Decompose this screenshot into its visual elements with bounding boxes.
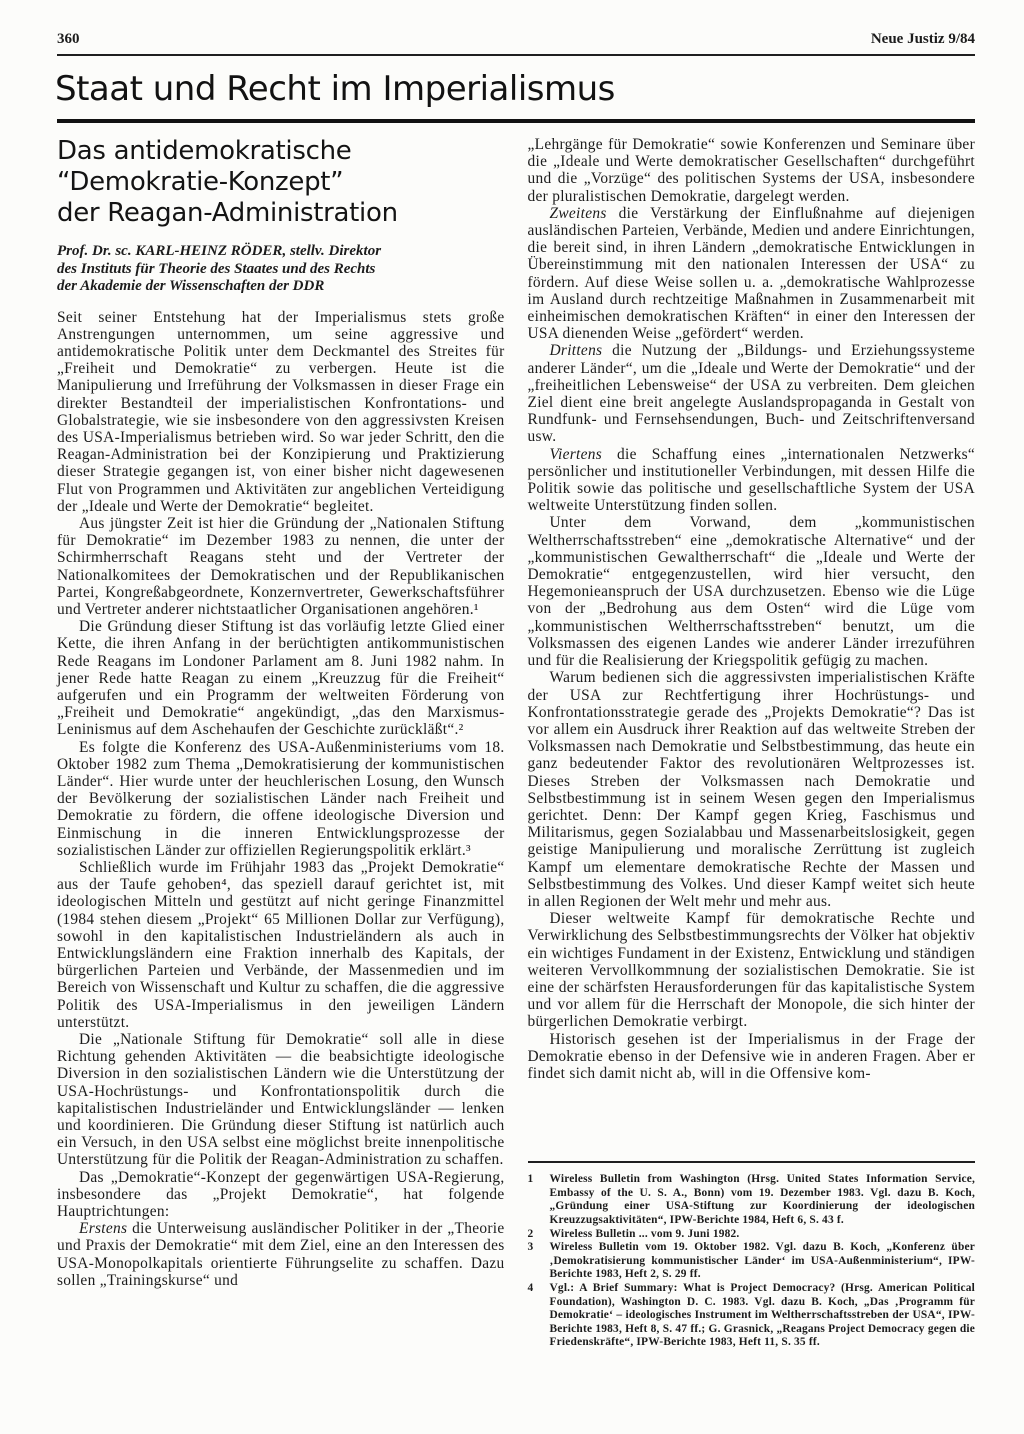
- footnote-list: 1Wireless Bulletin from Washington (Hrsg…: [528, 1173, 976, 1350]
- article-title-line: der Reagan-Administration: [57, 198, 505, 229]
- section-title-rule: [57, 119, 975, 123]
- footnote: 1Wireless Bulletin from Washington (Hrsg…: [528, 1173, 976, 1227]
- body-paragraph: Aus jüngster Zeit ist hier die Gründung …: [57, 515, 505, 618]
- article-title-line: Das antidemokratische: [57, 136, 505, 167]
- body-paragraph: Das „Demokratie“-Konzept der gegenwärtig…: [57, 1169, 505, 1221]
- body-paragraph: Seit seiner Entstehung hat der Imperiali…: [57, 309, 505, 515]
- article-title: Das antidemokratische “Demokratie-Konzep…: [57, 136, 505, 229]
- page-number: 360: [57, 30, 80, 48]
- body-paragraph: Schließlich wurde im Frühjahr 1983 das „…: [57, 859, 505, 1031]
- body-paragraph: Viertens die Schaffung eines „internatio…: [528, 446, 976, 515]
- body-paragraph: Erstens die Unterweisung ausländischer P…: [57, 1220, 505, 1289]
- page-header: 360 Neue Justiz 9/84: [57, 30, 975, 48]
- section-title: Staat und Recht im Imperialismus: [55, 69, 975, 109]
- article-author: Prof. Dr. sc. KARL-HEINZ RÖDER, stellv. …: [57, 243, 505, 296]
- body-paragraph: Unter dem Vorwand, dem „kommunistischen …: [528, 514, 976, 669]
- left-column: Das antidemokratische “Demokratie-Konzep…: [57, 134, 505, 1356]
- footnote: 2Wireless Bulletin ... vom 9. Juni 1982.: [528, 1228, 976, 1242]
- body-paragraph: Die Gründung dieser Stiftung ist das vor…: [57, 618, 505, 738]
- body-paragraph: Drittens die Nutzung der „Bildungs- und …: [528, 342, 976, 445]
- two-column-body: Das antidemokratische “Demokratie-Konzep…: [57, 134, 975, 1356]
- journal-title: Neue Justiz 9/84: [871, 30, 975, 48]
- paragraph-lead-italic: Drittens: [550, 342, 603, 359]
- header-rule: [57, 54, 975, 56]
- author-line: des Instituts für Theorie des Staates un…: [57, 261, 505, 279]
- journal-page: 360 Neue Justiz 9/84 Staat und Recht im …: [0, 0, 1024, 1434]
- footnote: 3Wireless Bulletin vom 19. Oktober 1982.…: [528, 1241, 976, 1282]
- right-column-text: „Lehrgänge für Demokratie“ sowie Konfere…: [528, 136, 976, 1082]
- footnote: 4Vgl.: A Brief Summary: What is Project …: [528, 1282, 976, 1350]
- body-paragraph: Zweitens die Verstärkung der Einflußnahm…: [528, 205, 976, 343]
- body-paragraph: Historisch gesehen ist der Imperialismus…: [528, 1031, 976, 1083]
- body-paragraph: Warum bedienen sich die aggressivsten im…: [528, 669, 976, 910]
- paragraph-lead-italic: Erstens: [79, 1220, 127, 1237]
- left-column-text: Seit seiner Entstehung hat der Imperiali…: [57, 309, 505, 1290]
- footnote-number: 3: [528, 1241, 550, 1282]
- footnote-number: 4: [528, 1282, 550, 1350]
- body-paragraph: Die „Nationale Stiftung für Demokratie“ …: [57, 1031, 505, 1169]
- paragraph-lead-italic: Zweitens: [550, 205, 607, 222]
- author-line: Prof. Dr. sc. KARL-HEINZ RÖDER, stellv. …: [57, 243, 505, 261]
- footnote-number: 2: [528, 1228, 550, 1242]
- footnote-separator: [528, 1161, 976, 1163]
- author-line: der Akademie der Wissenschaften der DDR: [57, 278, 505, 296]
- paragraph-lead-italic: Viertens: [550, 446, 603, 463]
- footnote-text: Wireless Bulletin from Washington (Hrsg.…: [550, 1173, 976, 1227]
- footnote-text: Wireless Bulletin ... vom 9. Juni 1982.: [550, 1228, 976, 1242]
- body-paragraph: Es folgte die Konferenz des USA-Außenmin…: [57, 739, 505, 859]
- footnote-number: 1: [528, 1173, 550, 1227]
- body-paragraph: Dieser weltweite Kampf für demokratische…: [528, 910, 976, 1030]
- footnote-block: 1Wireless Bulletin from Washington (Hrsg…: [528, 1161, 976, 1356]
- footnote-text: Vgl.: A Brief Summary: What is Project D…: [550, 1282, 976, 1350]
- footnote-text: Wireless Bulletin vom 19. Oktober 1982. …: [550, 1241, 976, 1282]
- right-column: „Lehrgänge für Demokratie“ sowie Konfere…: [528, 134, 976, 1356]
- body-paragraph: „Lehrgänge für Demokratie“ sowie Konfere…: [528, 136, 976, 205]
- article-title-line: “Demokratie-Konzept”: [57, 167, 505, 198]
